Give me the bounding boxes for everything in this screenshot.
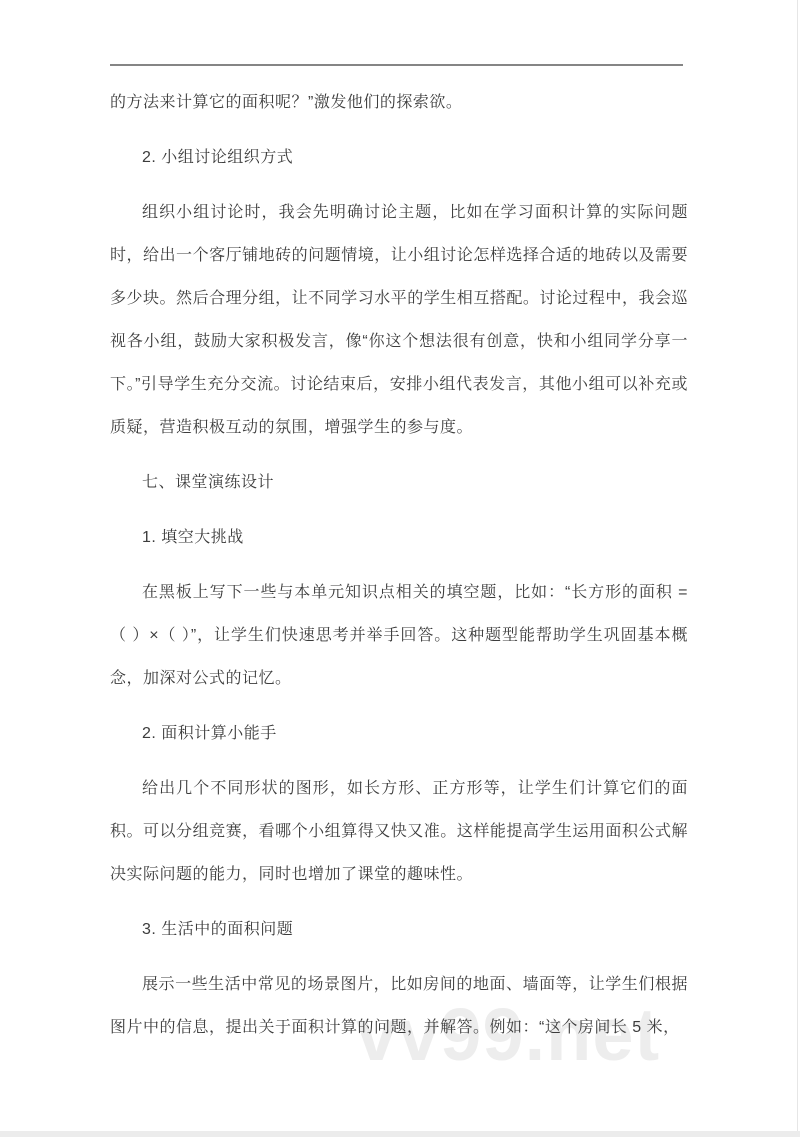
section-heading-group-discussion: 2. 小组讨论组织方式: [110, 136, 688, 179]
page-right-edge: [797, 0, 798, 1137]
paragraph-continuation: 的方法来计算它的面积呢？”激发他们的探索欲。: [110, 81, 688, 124]
paragraph-area-calculation-expert: 给出几个不同形状的图形，如长方形、正方形等，让学生们计算它们的面积。可以分组竞赛…: [110, 767, 688, 896]
section-heading-classroom-practice: 七、课堂演练设计: [110, 461, 688, 504]
page-bottom-strip: [0, 1131, 800, 1137]
section-heading-area-in-life: 3. 生活中的面积问题: [110, 908, 688, 951]
top-divider: [110, 64, 683, 66]
document-page: vv99.net 的方法来计算它的面积呢？”激发他们的探索欲。 2. 小组讨论组…: [0, 0, 800, 1137]
paragraph-area-in-life: 展示一些生活中常见的场景图片，比如房间的地面、墙面等，让学生们根据图片中的信息，…: [110, 963, 688, 1049]
paragraph-group-discussion: 组织小组讨论时，我会先明确讨论主题，比如在学习面积计算的实际问题时，给出一个客厅…: [110, 191, 688, 449]
document-body: 的方法来计算它的面积呢？”激发他们的探索欲。 2. 小组讨论组织方式 组织小组讨…: [110, 81, 688, 1061]
section-heading-area-calculation-expert: 2. 面积计算小能手: [110, 712, 688, 755]
section-heading-fill-blank-challenge: 1. 填空大挑战: [110, 516, 688, 559]
paragraph-fill-blank-challenge: 在黑板上写下一些与本单元知识点相关的填空题，比如：“长方形的面积 =（ ）×（ …: [110, 571, 688, 700]
